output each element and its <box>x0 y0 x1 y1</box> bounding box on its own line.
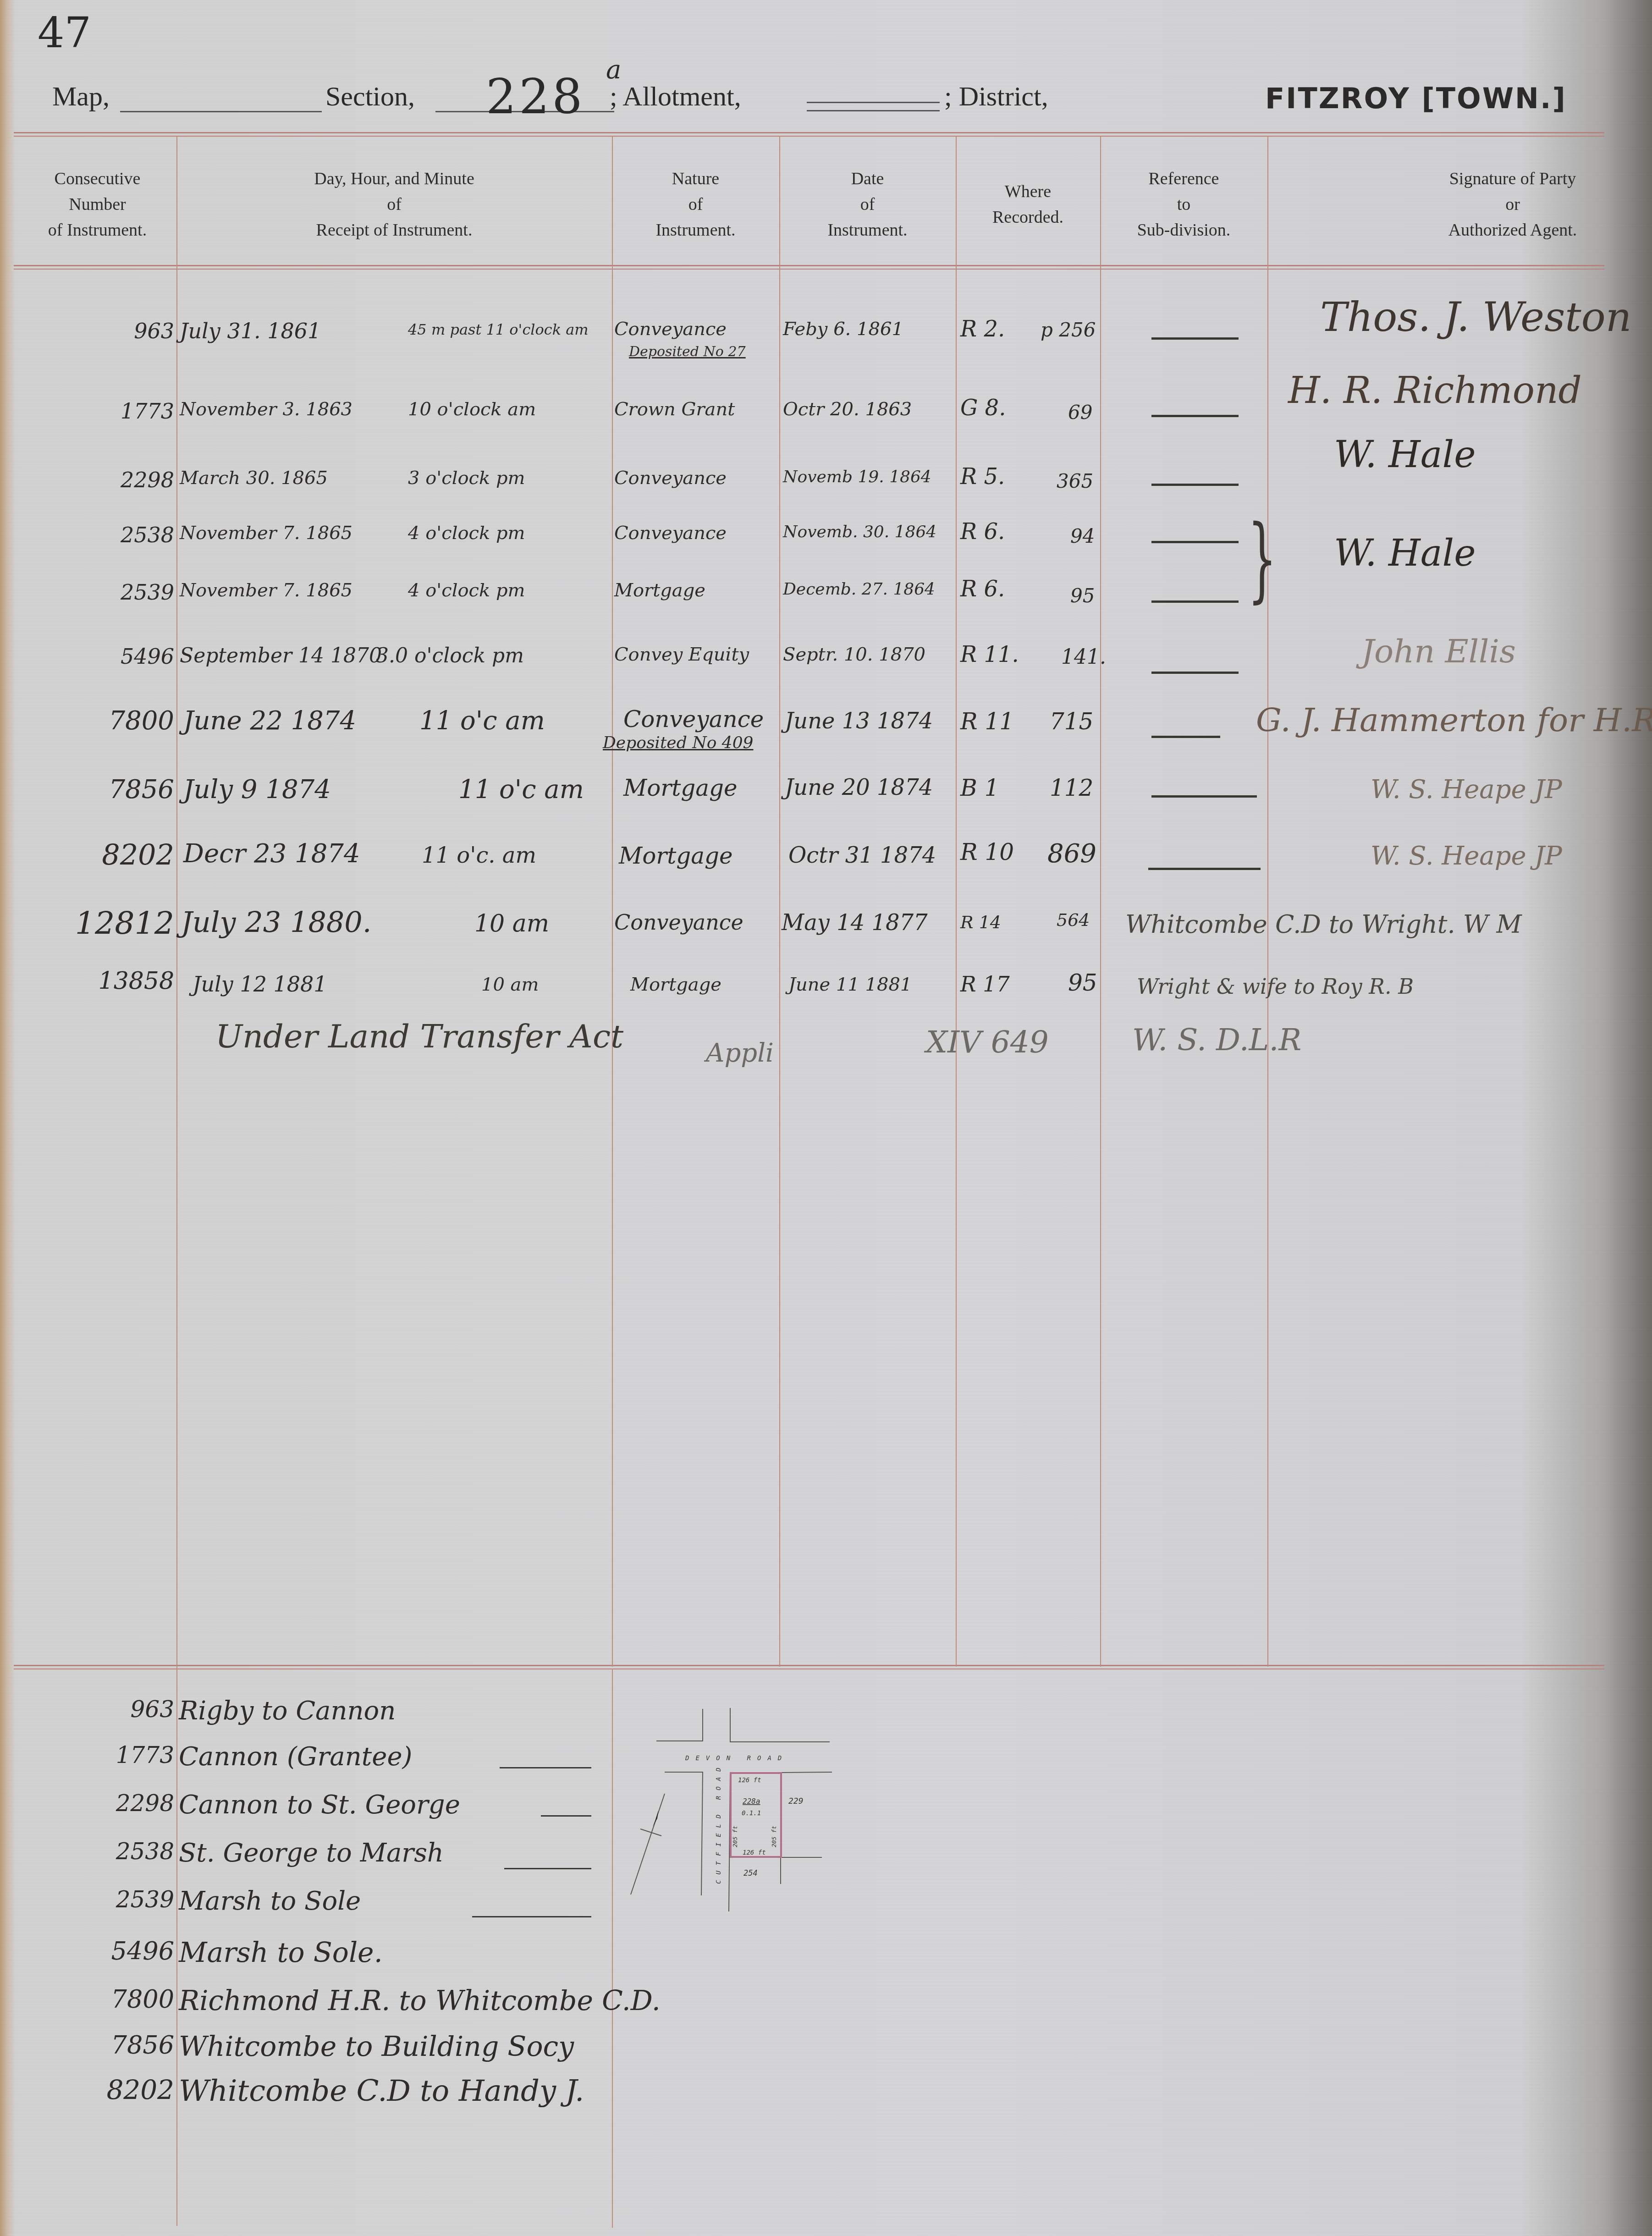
lot-area: 0.1.1 <box>742 1810 761 1817</box>
row-date: June 20 1874 <box>785 775 933 800</box>
row-date: May 14 1877 <box>782 910 928 936</box>
row-number: 1773 <box>73 399 174 424</box>
row-page: 141. <box>1061 645 1106 669</box>
footnote-under-land-transfer-act: Under Land Transfer Act <box>215 1018 623 1055</box>
row-number: 2539 <box>73 580 174 605</box>
row-reference-dash <box>1151 415 1239 417</box>
row-number: 2298 <box>73 468 174 492</box>
row-time: 4 o'clock pm <box>408 523 525 544</box>
lot-side-right: 205 ft <box>771 1826 778 1847</box>
row-page: 94 <box>1070 525 1095 547</box>
row-date: Octr 20. 1863 <box>783 399 912 420</box>
north-arrow-icon <box>653 1811 658 1827</box>
row-date: June 13 1874 <box>785 708 933 734</box>
row-received: March 30. 1865 <box>180 468 328 489</box>
top-rule-2 <box>14 136 1604 137</box>
row-nature: Conveyance <box>614 523 727 544</box>
transfer-dash <box>500 1767 591 1768</box>
footnote-reference: XIV 649 <box>926 1024 1049 1060</box>
row-book: R 14 <box>960 912 1001 932</box>
header-nature: Nature of Instrument. <box>612 166 779 243</box>
neighbour-lot-south: 254 <box>743 1869 758 1878</box>
col-rule-5 <box>1100 136 1101 1667</box>
site-plan-svg: DEVON ROAD CUTFIELD ROAD 126 ft 228a 0.1… <box>619 1696 1031 2086</box>
row-time: 11 o'c am <box>458 775 584 804</box>
transfer-text: Whitcombe C.D to Handy J. <box>179 2074 584 2108</box>
row-received: Decr 23 1874 <box>183 839 360 869</box>
row-reference-dash <box>1151 337 1239 340</box>
transfer-number: 963 <box>69 1696 174 1723</box>
bottom-section-rule-2 <box>14 1669 1604 1669</box>
signature-row-2298: W. Hale <box>1334 433 1476 476</box>
signature-row-5496: John Ellis <box>1361 633 1516 670</box>
row-page: 112 <box>1050 775 1093 801</box>
row-reference: Whitcombe C.D to Wright. W M <box>1125 910 1522 939</box>
signature-row-963: Thos. J. Weston <box>1320 293 1631 341</box>
row-date: Novemb 19. 1864 <box>783 468 931 486</box>
row-book: B 1 <box>960 775 999 801</box>
lot-side-top: 126 ft <box>738 1777 761 1784</box>
row-time: 3 o'clock pm <box>408 468 525 489</box>
row-time: 10 o'clock am <box>408 399 536 420</box>
row-nature: Conveyance <box>614 468 727 489</box>
bottom-col-rule <box>612 1669 613 2228</box>
row-nature: Mortgage <box>614 580 705 601</box>
row-book: R 11 <box>960 708 1014 735</box>
transfer-text: Cannon to St. George <box>179 1790 460 1820</box>
page-number: 47 <box>38 8 91 57</box>
row-nature: Crown Grant <box>614 399 735 420</box>
row-date: Novemb. 30. 1864 <box>783 523 936 541</box>
row-time: 4 o'clock pm <box>408 580 525 601</box>
lot-number: 228a <box>743 1797 760 1806</box>
district-value: FITZROY [TOWN.] <box>1265 82 1567 115</box>
ledger-page: 47 Map, Section, 228 a ; Allotment, ; Di… <box>0 0 1652 2236</box>
header-rule-2 <box>14 269 1604 270</box>
row-number: 13858 <box>18 967 174 995</box>
district-label: ; District, <box>944 81 1048 112</box>
top-rule <box>14 132 1604 133</box>
header-rule <box>14 265 1604 266</box>
row-nature-note: Deposited No 27 <box>629 344 746 360</box>
row-received: June 22 1874 <box>183 706 356 736</box>
row-number: 963 <box>73 319 174 343</box>
signature-row-1773: H. R. Richmond <box>1288 369 1582 412</box>
row-number: 2538 <box>73 523 174 547</box>
allotment-label: ; Allotment, <box>610 81 741 112</box>
row-date: June 11 1881 <box>788 974 912 995</box>
row-reference-dash <box>1148 868 1261 870</box>
row-number: 8202 <box>46 838 174 871</box>
neighbour-lot-east: 229 <box>788 1796 804 1806</box>
col-rule-4 <box>956 136 957 1667</box>
allotment-field-line-2 <box>807 110 940 111</box>
transfer-dash <box>504 1868 591 1869</box>
lot-side-bottom: 126 ft <box>743 1849 766 1856</box>
row-book: R 10 <box>960 839 1014 865</box>
row-reference-dash <box>1151 736 1220 738</box>
footnote-faint-annotation: Appli <box>706 1038 774 1068</box>
row-book: R 17 <box>960 972 1010 997</box>
row-reference-dash <box>1151 600 1239 603</box>
row-reference-dash <box>1151 484 1239 486</box>
col-rule-6 <box>1267 136 1268 1667</box>
transfer-dash <box>472 1916 591 1917</box>
transfer-number: 2539 <box>69 1886 174 1913</box>
row-nature: Mortgage <box>619 843 733 869</box>
row-received: November 3. 1863 <box>180 399 352 420</box>
section-value: 228 <box>486 69 585 125</box>
transfer-text: Whitcombe to Building Socy <box>179 2031 574 2063</box>
road-label-devon: DEVON ROAD <box>685 1755 788 1762</box>
row-book: R 2. <box>960 316 1005 342</box>
row-book: R 5. <box>960 464 1005 490</box>
row-date: Decemb. 27. 1864 <box>783 580 935 599</box>
row-nature: Convey Equity <box>614 644 749 665</box>
row-time: 11 o'c am <box>419 706 545 736</box>
row-page: 95 <box>1070 584 1095 607</box>
row-page: 365 <box>1057 470 1093 492</box>
row-page: 69 <box>1068 401 1092 424</box>
transfer-text: Cannon (Grantee) <box>179 1742 412 1772</box>
bottom-section-rule <box>14 1665 1604 1666</box>
row-time: 11 o'c. am <box>422 843 536 868</box>
header-reference: Reference to Sub-division. <box>1100 166 1267 243</box>
row-received: July 23 1880. <box>181 905 371 939</box>
row-reference-dash <box>1151 541 1239 543</box>
road-label-cutfield: CUTFIELD ROAD <box>715 1762 722 1884</box>
row-nature: Mortgage <box>630 974 721 995</box>
row-page: 715 <box>1050 708 1093 735</box>
transfer-number: 7800 <box>69 1985 174 2014</box>
signature-row-2538-2539: W. Hale <box>1334 532 1476 574</box>
signature-row-7856: W. S. Heape JP <box>1371 775 1562 804</box>
row-date: Octr 31 1874 <box>788 843 936 868</box>
title-row: Map, Section, 228 a ; Allotment, ; Distr… <box>0 69 1652 119</box>
transfer-number: 8202 <box>69 2074 174 2105</box>
map-field <box>120 111 322 112</box>
row-number: 12812 <box>18 905 174 942</box>
header-consecutive-number: Consecutive Number of Instrument. <box>18 166 176 243</box>
row-page: 95 <box>1068 969 1097 996</box>
footnote-signature: W. S. D.L.R <box>1132 1022 1301 1057</box>
row-page: p 256 <box>1041 319 1096 341</box>
signature-row-8202: W. S. Heape JP <box>1371 841 1562 871</box>
col-rule-2 <box>612 136 613 1667</box>
map-label: Map, <box>52 81 110 112</box>
header-where-recorded: Where Recorded. <box>956 179 1100 230</box>
bracket-rows-2538-2539: } <box>1248 513 1277 605</box>
row-book: R 6. <box>960 576 1005 602</box>
row-time: 3.0 o'clock pm <box>376 644 524 667</box>
transfer-dash <box>541 1815 591 1817</box>
row-nature: Conveyance <box>623 706 764 732</box>
row-number: 7800 <box>73 706 174 736</box>
transfer-number: 2298 <box>69 1790 174 1817</box>
row-received: July 12 1881 <box>193 972 327 997</box>
row-date: Feby 6. 1861 <box>783 319 903 340</box>
row-received: July 9 1874 <box>183 775 331 804</box>
row-book: R 6. <box>960 519 1005 545</box>
col-rule-1 <box>176 136 177 2226</box>
row-received: November 7. 1865 <box>180 523 352 544</box>
row-received: November 7. 1865 <box>180 580 352 601</box>
row-nature: Conveyance <box>614 910 743 935</box>
row-book: G 8. <box>960 395 1006 421</box>
transfer-text: Marsh to Sole <box>179 1886 361 1916</box>
transfer-text: Richmond H.R. to Whitcombe C.D. <box>179 1985 661 2017</box>
row-time: 45 m past 11 o'clock am <box>408 321 589 338</box>
row-received: September 14 1870 <box>180 644 382 667</box>
header-signature: Signature of Party or Authorized Agent. <box>1267 166 1652 243</box>
header-date: Date of Instrument. <box>779 166 956 243</box>
header-day-hour-minute: Day, Hour, and Minute of Receipt of Inst… <box>176 166 612 243</box>
transfer-number: 7856 <box>69 2031 174 2060</box>
row-reference-dash <box>1151 795 1257 798</box>
row-date: Septr. 10. 1870 <box>783 644 925 665</box>
transfer-text: St. George to Marsh <box>179 1838 444 1868</box>
row-number: 5496 <box>73 644 174 669</box>
row-page: 869 <box>1047 839 1096 869</box>
lot-side-left: 205 ft <box>732 1826 739 1847</box>
row-nature: Conveyance <box>614 319 727 340</box>
row-received: July 31. 1861 <box>180 319 321 343</box>
row-page: 564 <box>1057 910 1090 930</box>
transfer-number: 2538 <box>69 1838 174 1865</box>
col-rule-3 <box>779 136 780 1667</box>
row-reference: Wright & wife to Roy R. B <box>1137 974 1414 999</box>
row-number: 7856 <box>73 775 174 804</box>
row-nature: Mortgage <box>623 775 738 801</box>
row-book: R 11. <box>960 642 1019 667</box>
row-nature-note: Deposited No 409 <box>603 733 753 752</box>
row-time: 10 am <box>481 974 539 995</box>
transfer-text: Marsh to Sole. <box>179 1937 383 1969</box>
transfer-text: Rigby to Cannon <box>179 1696 396 1726</box>
section-label: Section, <box>325 81 415 112</box>
transfer-number: 5496 <box>69 1937 174 1966</box>
signature-row-7800: G. J. Hammerton for H.R. <box>1256 701 1652 739</box>
row-reference-dash <box>1151 672 1239 674</box>
allotment-field-line-1 <box>807 102 940 103</box>
transfer-number: 1773 <box>69 1742 174 1768</box>
row-time: 10 am <box>474 910 549 937</box>
